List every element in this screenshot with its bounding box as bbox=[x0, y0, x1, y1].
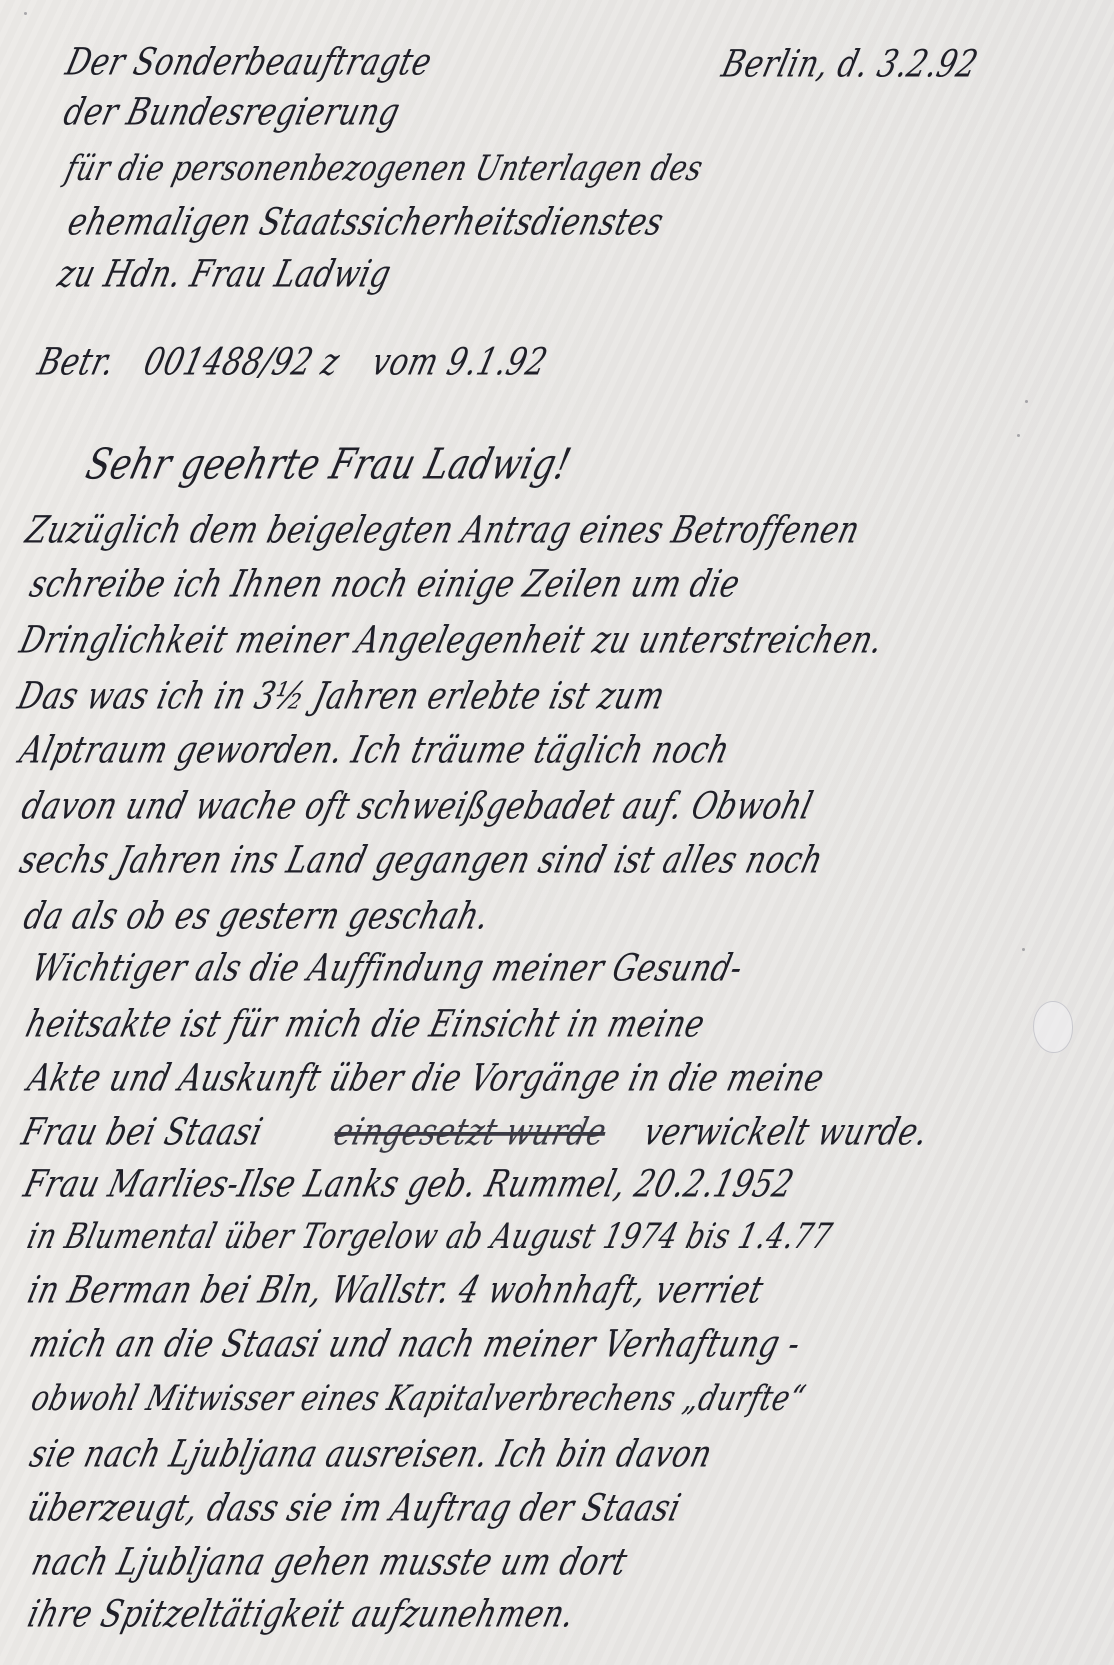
paper-circle-mark bbox=[1033, 1001, 1073, 1053]
body-line-12-start: Frau bei Staasi bbox=[18, 1115, 266, 1153]
body-line-16: mich an die Staasi und nach meiner Verha… bbox=[26, 1327, 804, 1365]
recipient-line-3: für die personenbezogenen Unterlagen des bbox=[62, 151, 706, 186]
body-line-21: ihre Spitzeltätigkeit aufzunehmen. bbox=[24, 1597, 578, 1635]
paper-speck bbox=[24, 12, 27, 15]
recipient-line-5: zu Hdn. Frau Ladwig bbox=[54, 257, 395, 295]
reference-label: Betr. bbox=[34, 345, 118, 383]
recipient-line-4: ehemaligen Staatssicherheitsdienstes bbox=[64, 205, 667, 243]
body-line-17: obwohl Mitwisser eines Kapitalverbrechen… bbox=[28, 1381, 809, 1416]
body-line-3: Dringlichkeit meiner Angelegenheit zu un… bbox=[16, 623, 887, 661]
body-line-11: Akte und Auskunft über die Vorgänge in d… bbox=[24, 1061, 828, 1099]
struck-through-text: eingesetzt wurde bbox=[330, 1115, 610, 1153]
reference-date: vom 9.1.92 bbox=[368, 345, 551, 383]
body-line-19: überzeugt, dass sie im Auftrag der Staas… bbox=[24, 1491, 684, 1529]
body-line-18: sie nach Ljubljana ausreisen. Ich bin da… bbox=[26, 1437, 716, 1475]
salutation: Sehr geehrte Frau Ladwig! bbox=[82, 444, 575, 487]
body-line-4: Das was ich in 3½ Jahren erlebte ist zum bbox=[14, 679, 668, 717]
paper-speck bbox=[1017, 434, 1020, 437]
paper-speck bbox=[1025, 400, 1028, 403]
body-line-10: heitsakte ist für mich die Einsicht in m… bbox=[22, 1007, 708, 1045]
body-line-2: schreibe ich Ihnen noch einige Zeilen um… bbox=[26, 567, 743, 605]
body-line-13: Frau Marlies-Ilse Lanks geb. Rummel, 20.… bbox=[20, 1167, 797, 1205]
body-line-8: da als ob es gestern geschah. bbox=[20, 899, 493, 937]
body-line-15: in Berman bei Bln, Wallstr. 4 wohnhaft, … bbox=[24, 1273, 767, 1311]
recipient-line-1: Der Sonderbeauftragte bbox=[62, 45, 435, 83]
body-line-5: Alptraum geworden. Ich träume täglich no… bbox=[16, 733, 733, 771]
body-line-6: davon und wache oft schweißgebadet auf. … bbox=[18, 789, 816, 827]
body-line-14: in Blumental über Torgelow ab August 197… bbox=[24, 1219, 835, 1254]
body-line-9: Wichtiger als die Auffindung meiner Gesu… bbox=[28, 951, 746, 989]
paper-speck bbox=[1022, 948, 1025, 951]
body-line-1: Zuzüglich dem beigelegten Antrag eines B… bbox=[22, 513, 863, 551]
place-date: Berlin, d. 3.2.92 bbox=[718, 47, 981, 85]
body-line-20: nach Ljubljana gehen musste um dort bbox=[28, 1545, 631, 1583]
body-line-12-end: verwickelt wurde. bbox=[640, 1115, 932, 1153]
reference-number: 001488/92 z bbox=[140, 345, 343, 383]
body-line-7: sechs Jahren ins Land gegangen sind ist … bbox=[16, 843, 827, 881]
recipient-line-2: der Bundesregierung bbox=[60, 95, 404, 133]
